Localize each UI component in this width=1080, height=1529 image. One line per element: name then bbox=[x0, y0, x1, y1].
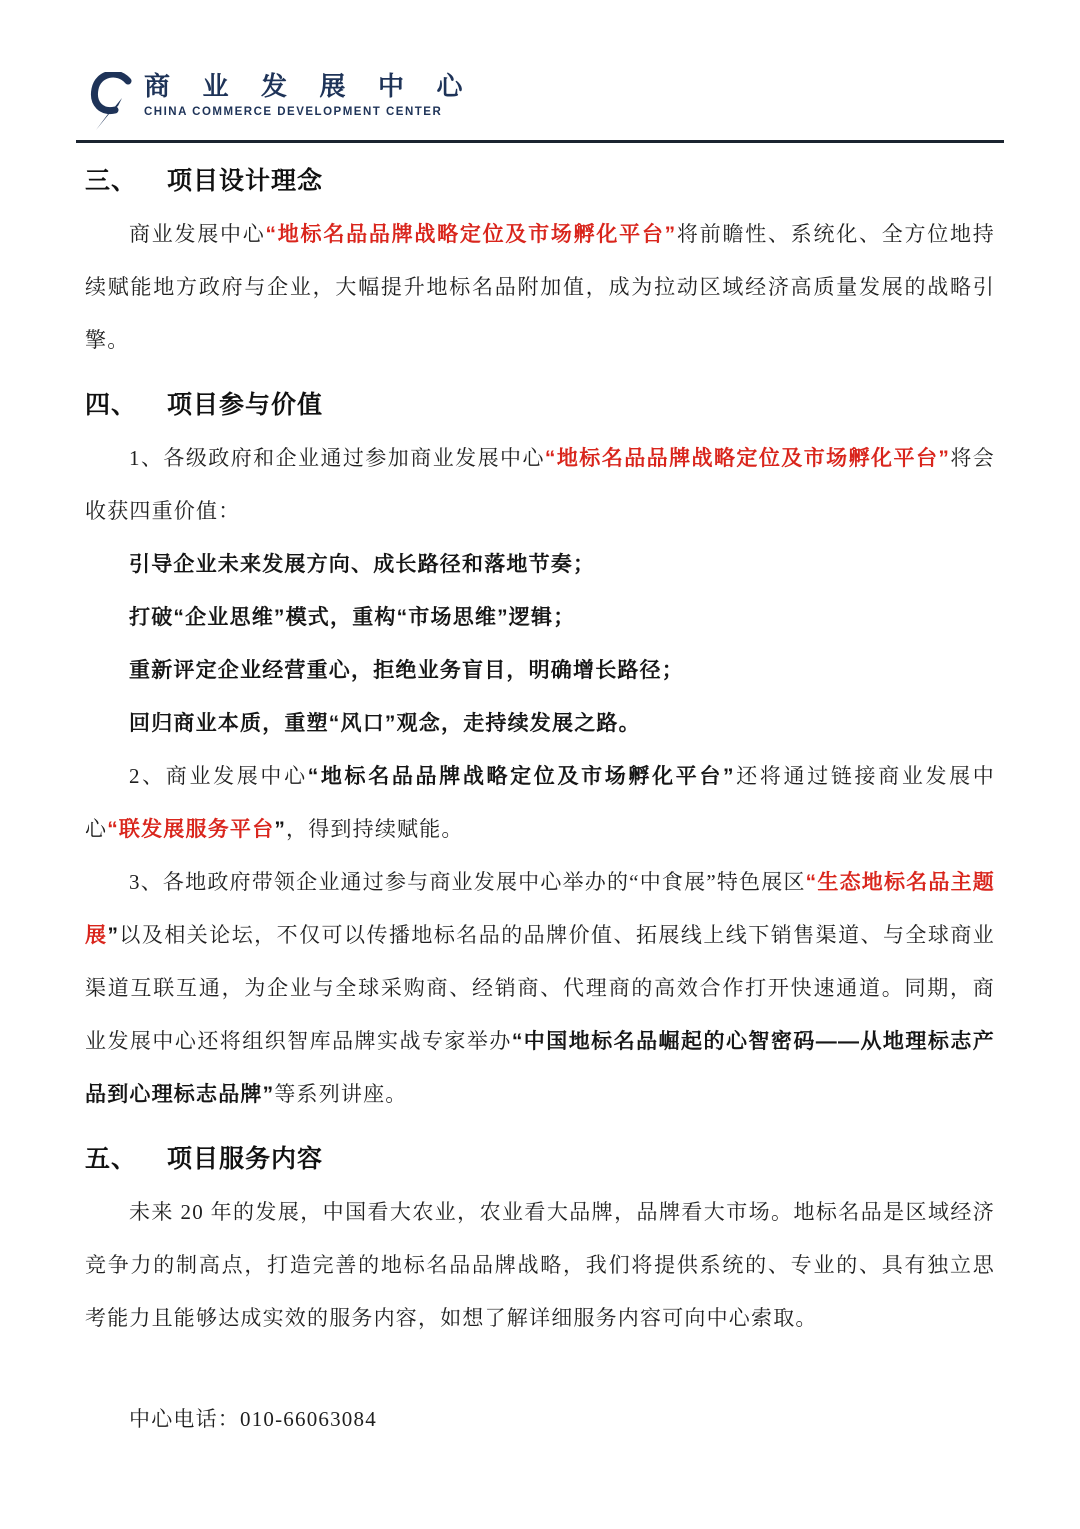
section-title: 项目参与价值 bbox=[167, 391, 323, 419]
brand-block: 商 业 发 展 中 心 CHINA COMMERCE DEVELOPMENT C… bbox=[88, 72, 1002, 132]
org-name-en: CHINA COMMERCE DEVELOPMENT CENTER bbox=[144, 104, 476, 120]
document-page: 商 业 发 展 中 心 CHINA COMMERCE DEVELOPMENT C… bbox=[0, 0, 1080, 1529]
section-number: 五、 bbox=[85, 1145, 137, 1173]
bold-text: 打破“企业思维”模式，重构“市场思维”逻辑； bbox=[129, 606, 575, 629]
contact-phone-line: 中心电话：010-66063084 bbox=[85, 1393, 995, 1446]
section-heading-section-5: 五、项目服务内容 bbox=[85, 1133, 995, 1186]
document-blocks: 三、项目设计理念商业发展中心“地标名品品牌战略定位及市场孵化平台”将前瞻性、系统… bbox=[85, 155, 995, 1446]
paragraph: 2、商业发展中心“地标名品品牌战略定位及市场孵化平台”还将通过链接商业发展中心“… bbox=[85, 750, 995, 856]
body-text: 中心电话：010-66063084 bbox=[129, 1407, 377, 1431]
section-heading-section-4: 四、项目参与价值 bbox=[85, 379, 995, 432]
body-text: 3、各地政府带领企业通过参与商业发展中心举办的“中食展”特色展区 bbox=[129, 870, 806, 894]
body-text: 商业发展中心 bbox=[129, 222, 266, 246]
letterhead-divider bbox=[76, 140, 1004, 143]
body-text: 2、商业发展中心 bbox=[129, 764, 308, 788]
body-text: 1、各级政府和企业通过参加商业发展中心 bbox=[129, 446, 545, 470]
red-emphasis-text: “联发展服务平台 bbox=[107, 818, 274, 841]
letterhead: 商 业 发 展 中 心 CHINA COMMERCE DEVELOPMENT C… bbox=[0, 0, 1080, 132]
brand-text: 商 业 发 展 中 心 CHINA COMMERCE DEVELOPMENT C… bbox=[144, 72, 476, 120]
paragraph: 3、各地政府带领企业通过参与商业发展中心举办的“中食展”特色展区“生态地标名品主… bbox=[85, 856, 995, 1121]
paragraph: 未来 20 年的发展，中国看大农业，农业看大品牌，品牌看大市场。地标名品是区域经… bbox=[85, 1186, 995, 1345]
bold-text: 回归商业本质，重塑“风口”观念，走持续发展之路。 bbox=[129, 712, 641, 735]
bold-text: 重新评定企业经营重心，拒绝业务盲目，明确增长路径； bbox=[129, 659, 684, 682]
bold-text: ” bbox=[274, 818, 286, 841]
bold-text: 引导企业未来发展方向、成长路径和落地节奏； bbox=[129, 553, 595, 576]
section-heading-section-3: 三、项目设计理念 bbox=[85, 155, 995, 208]
cdc-logo-icon bbox=[88, 72, 134, 132]
red-emphasis-text: “地标名品品牌战略定位及市场孵化平台” bbox=[266, 223, 677, 246]
emphasis-line: 回归商业本质，重塑“风口”观念，走持续发展之路。 bbox=[129, 697, 995, 750]
emphasis-line: 引导企业未来发展方向、成长路径和落地节奏； bbox=[129, 538, 995, 591]
red-emphasis-text: “地标名品品牌战略定位及市场孵化平台” bbox=[545, 447, 950, 470]
section-number: 四、 bbox=[85, 391, 137, 419]
bold-text: ” bbox=[107, 924, 119, 947]
body-text: 等系列讲座。 bbox=[274, 1082, 407, 1106]
section-title: 项目服务内容 bbox=[167, 1145, 323, 1173]
bold-text: “地标名品品牌战略定位及市场孵化平台” bbox=[308, 765, 735, 788]
paragraph: 商业发展中心“地标名品品牌战略定位及市场孵化平台”将前瞻性、系统化、全方位地持续… bbox=[85, 208, 995, 367]
body-text: ，得到持续赋能。 bbox=[286, 817, 464, 841]
section-title: 项目设计理念 bbox=[167, 167, 323, 195]
body-text: 未来 20 年的发展，中国看大农业，农业看大品牌，品牌看大市场。地标名品是区域经… bbox=[85, 1200, 995, 1330]
section-number: 三、 bbox=[85, 167, 137, 195]
paragraph: 1、各级政府和企业通过参加商业发展中心“地标名品品牌战略定位及市场孵化平台”将会… bbox=[85, 432, 995, 538]
emphasis-line: 重新评定企业经营重心，拒绝业务盲目，明确增长路径； bbox=[129, 644, 995, 697]
emphasis-line: 打破“企业思维”模式，重构“市场思维”逻辑； bbox=[129, 591, 995, 644]
org-name-cn: 商 业 发 展 中 心 bbox=[144, 72, 476, 102]
